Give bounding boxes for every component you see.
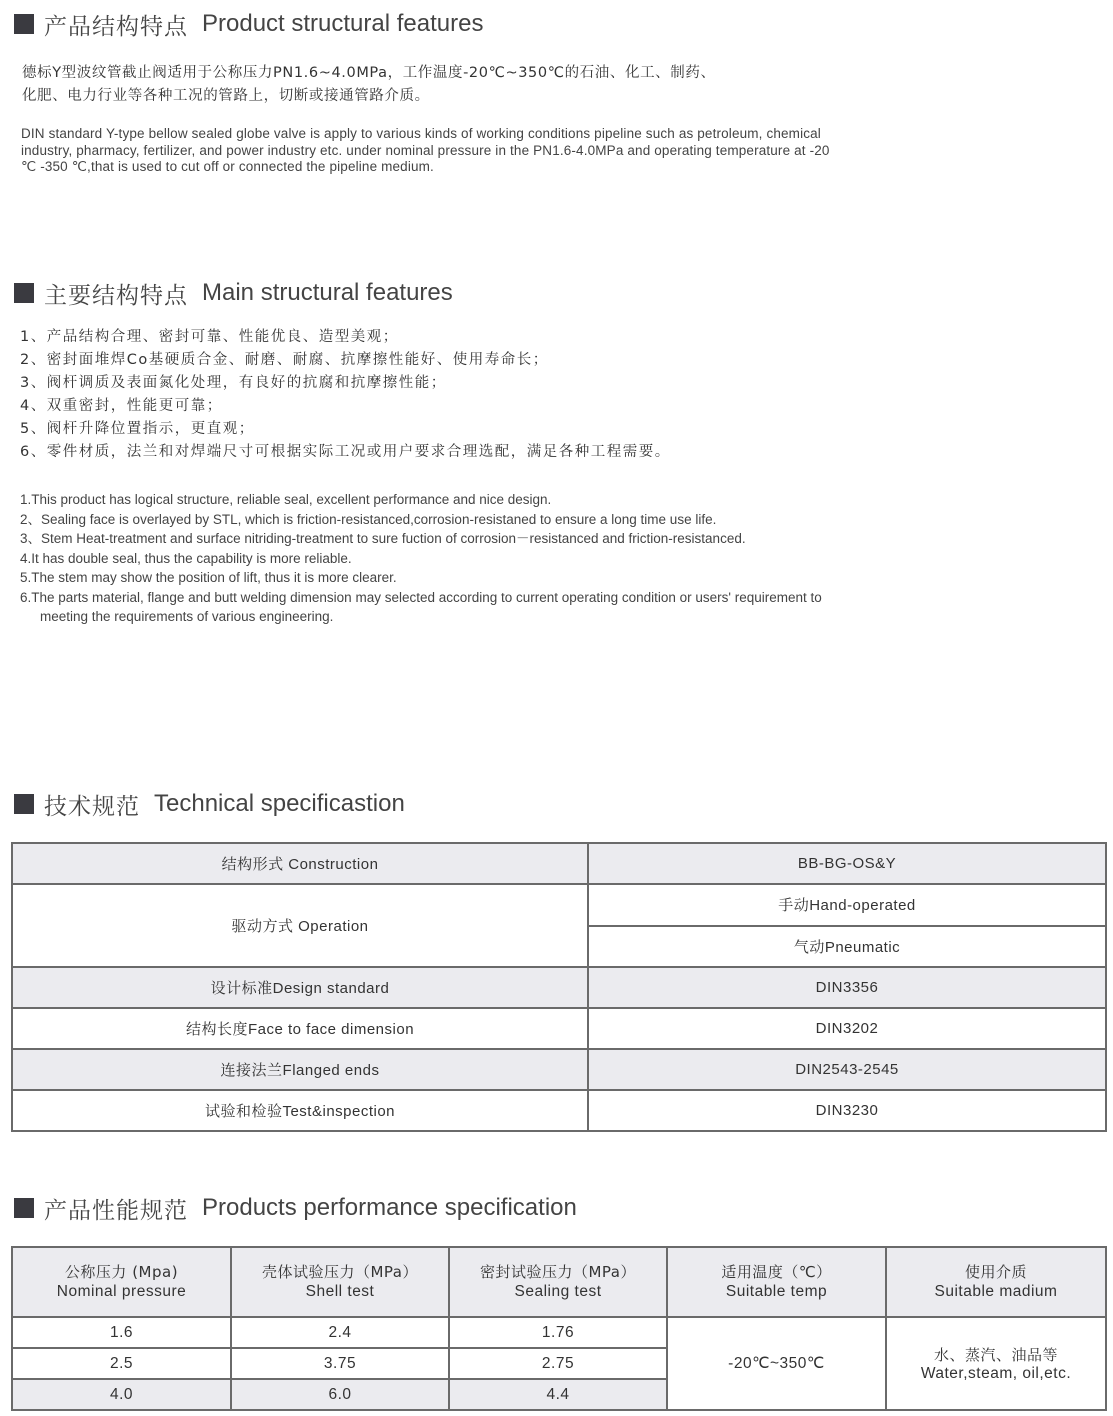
- section-title-cn: 主要结构特点: [44, 277, 188, 310]
- cell-medium: 水、蒸汽、油品等 Water,steam, oil,etc.: [886, 1317, 1106, 1410]
- cell-nominal: 2.5: [12, 1348, 231, 1379]
- section-heading-performance: 产品性能规范 Products performance specificatio…: [14, 1193, 577, 1223]
- spec-value: DIN3202: [588, 1008, 1106, 1049]
- feature-item-cn: 3、阀杆调质及表面氮化处理，有良好的抗腐和抗摩擦性能；: [20, 372, 671, 395]
- table-row: 连接法兰Flanged ends DIN2543-2545: [12, 1049, 1106, 1090]
- feature-item-en: 1.This product has logical structure, re…: [20, 490, 840, 510]
- header-sealing-test: 密封试验压力（MPa） Sealing test: [449, 1247, 667, 1317]
- square-bullet-icon: [14, 794, 34, 814]
- operation-label: 驱动方式 Operation: [12, 884, 588, 967]
- section-heading-tech-spec: 技术规范 Technical specificastion: [14, 789, 405, 819]
- table-row-operation: 驱动方式 Operation 手动Hand-operated: [12, 884, 1106, 926]
- table-row: 结构长度Face to face dimension DIN3202: [12, 1008, 1106, 1049]
- cell-nominal: 4.0: [12, 1379, 231, 1410]
- feature-item-en: 3、Stem Heat-treatment and surface nitrid…: [20, 529, 840, 549]
- feature-item-cn: 4、双重密封，性能更可靠；: [20, 395, 671, 418]
- construction-label: 结构形式 Construction: [12, 843, 588, 884]
- operation-value-hand: 手动Hand-operated: [588, 884, 1106, 926]
- section-title-en: Products performance specification: [202, 1194, 577, 1222]
- intro-line: 德标Y型波纹管截止阀适用于公称压力PN1.6~4.0MPa，工作温度-20℃~3…: [22, 62, 716, 85]
- feature-list-cn: 1、产品结构合理、密封可靠、性能优良、造型美观； 2、密封面堆焊Co基硬质合金、…: [20, 326, 671, 464]
- table-header-row: 公称压力 (Mpa) Nominal pressure 壳体试验压力（MPa） …: [12, 1247, 1106, 1317]
- performance-table: 公称压力 (Mpa) Nominal pressure 壳体试验压力（MPa） …: [11, 1246, 1107, 1411]
- table-row: 设计标准Design standard DIN3356: [12, 967, 1106, 1008]
- operation-value-pneumatic: 气动Pneumatic: [588, 926, 1106, 968]
- cell-shell: 3.75: [231, 1348, 449, 1379]
- tech-spec-table: 结构形式 Construction BB-BG-OS&Y 驱动方式 Operat…: [11, 842, 1107, 1132]
- table-row: 试验和检验Test&inspection DIN3230: [12, 1090, 1106, 1131]
- spec-value: DIN3356: [588, 967, 1106, 1008]
- intro-paragraph-en: DIN standard Y-type bellow sealed globe …: [21, 126, 841, 176]
- section-heading-main-features: 主要结构特点 Main structural features: [14, 278, 453, 308]
- section-title-cn: 产品性能规范: [44, 1192, 188, 1225]
- header-suitable-medium: 使用介质 Suitable madium: [886, 1247, 1106, 1317]
- spec-label: 连接法兰Flanged ends: [12, 1049, 588, 1090]
- section-title-en: Technical specificastion: [154, 790, 405, 818]
- section-title-en: Main structural features: [202, 279, 453, 307]
- feature-item-en: 2、Sealing face is overlayed by STL, whic…: [20, 510, 840, 530]
- cell-nominal: 1.6: [12, 1317, 231, 1348]
- section-title-cn: 技术规范: [44, 788, 140, 821]
- intro-line: 化肥、电力行业等各种工况的管路上，切断或接通管路介质。: [22, 85, 716, 108]
- section-title-en: Product structural features: [202, 10, 483, 38]
- spec-value: DIN2543-2545: [588, 1049, 1106, 1090]
- feature-item-en: 4.It has double seal, thus the capabilit…: [20, 549, 840, 569]
- feature-item-cn: 6、零件材质，法兰和对焊端尺寸可根据实际工况或用户要求合理选配，满足各种工程需要…: [20, 441, 671, 464]
- cell-shell: 2.4: [231, 1317, 449, 1348]
- feature-item-cn: 5、阀杆升降位置指示，更直观；: [20, 418, 671, 441]
- feature-item-en: 6.The parts material, flange and butt we…: [20, 588, 840, 627]
- square-bullet-icon: [14, 14, 34, 34]
- feature-item-en: 5.The stem may show the position of lift…: [20, 568, 840, 588]
- cell-sealing: 2.75: [449, 1348, 667, 1379]
- square-bullet-icon: [14, 283, 34, 303]
- table-row: 1.6 2.4 1.76 -20℃~350℃ 水、蒸汽、油品等 Water,st…: [12, 1317, 1106, 1348]
- feature-item-cn: 1、产品结构合理、密封可靠、性能优良、造型美观；: [20, 326, 671, 349]
- spec-label: 结构长度Face to face dimension: [12, 1008, 588, 1049]
- section-heading-product-features: 产品结构特点 Product structural features: [14, 9, 483, 39]
- spec-value: DIN3230: [588, 1090, 1106, 1131]
- section-title-cn: 产品结构特点: [44, 8, 188, 41]
- square-bullet-icon: [14, 1198, 34, 1218]
- cell-shell: 6.0: [231, 1379, 449, 1410]
- feature-list-en: 1.This product has logical structure, re…: [20, 490, 840, 627]
- spec-label: 设计标准Design standard: [12, 967, 588, 1008]
- cell-sealing: 4.4: [449, 1379, 667, 1410]
- construction-value: BB-BG-OS&Y: [588, 843, 1106, 884]
- table-row-construction: 结构形式 Construction BB-BG-OS&Y: [12, 843, 1106, 884]
- header-shell-test: 壳体试验压力（MPa） Shell test: [231, 1247, 449, 1317]
- cell-sealing: 1.76: [449, 1317, 667, 1348]
- header-nominal-pressure: 公称压力 (Mpa) Nominal pressure: [12, 1247, 231, 1317]
- feature-item-cn: 2、密封面堆焊Co基硬质合金、耐磨、耐腐、抗摩擦性能好、使用寿命长；: [20, 349, 671, 372]
- cell-temp: -20℃~350℃: [667, 1317, 886, 1410]
- header-suitable-temp: 适用温度（℃） Suitable temp: [667, 1247, 886, 1317]
- spec-label: 试验和检验Test&inspection: [12, 1090, 588, 1131]
- intro-paragraph-cn: 德标Y型波纹管截止阀适用于公称压力PN1.6~4.0MPa，工作温度-20℃~3…: [22, 62, 716, 108]
